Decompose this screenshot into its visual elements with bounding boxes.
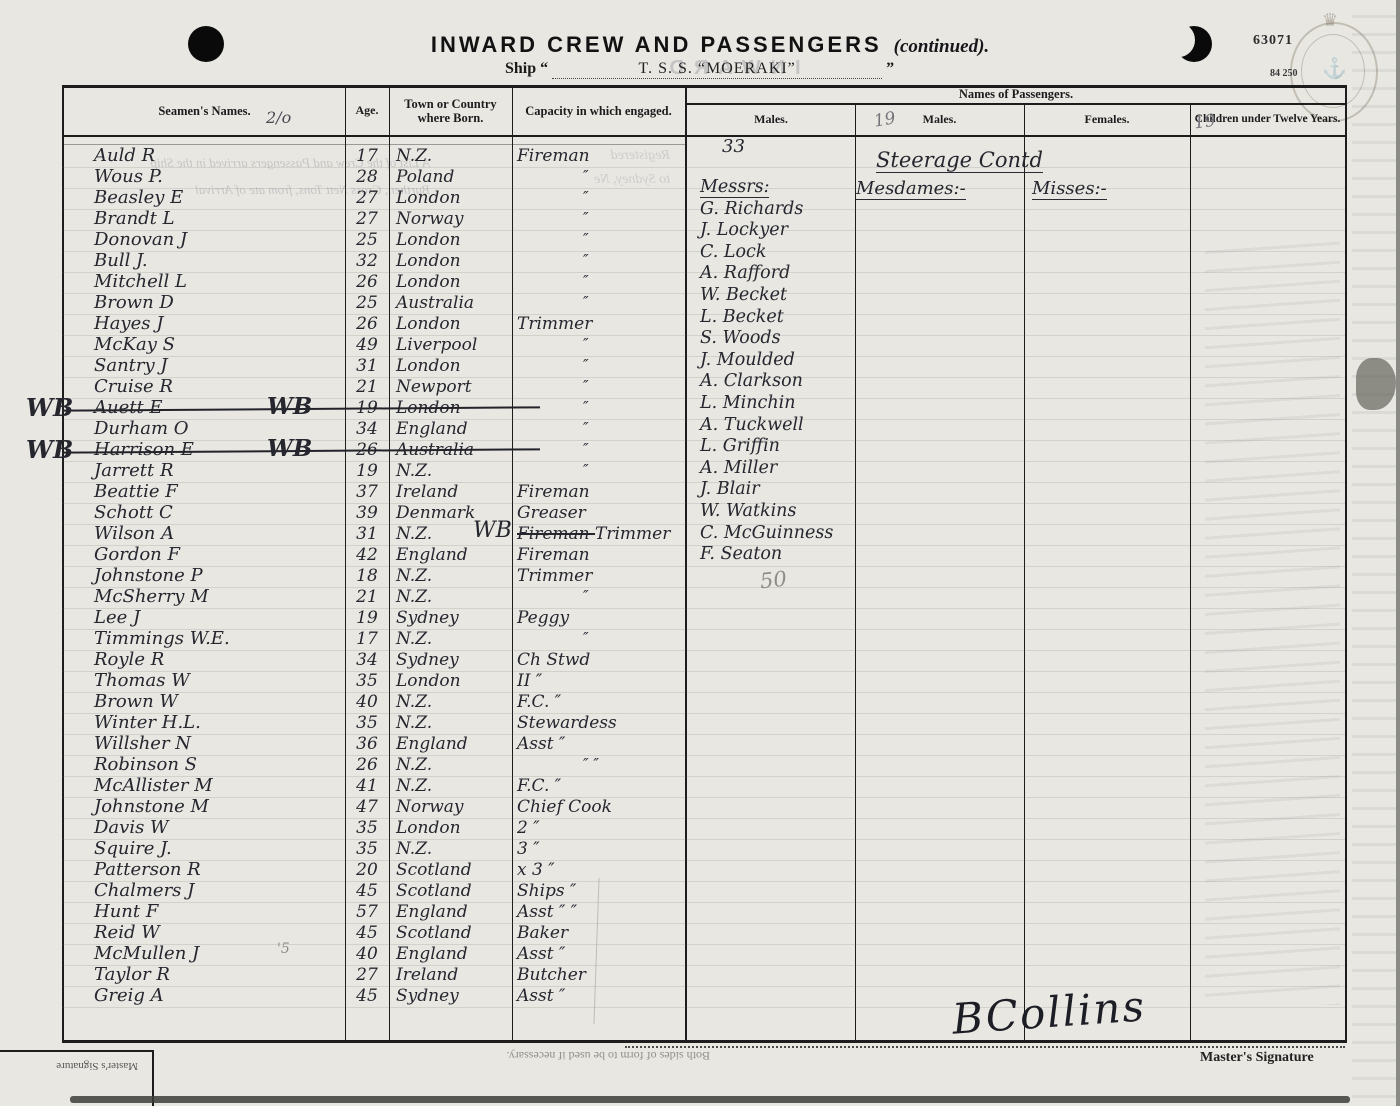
capacity-text: Chief Cook	[517, 797, 612, 817]
seaman-age: 35	[345, 818, 389, 838]
seaman-name: Beattie F	[94, 481, 178, 502]
seaman-age: 17	[345, 629, 389, 649]
seaman-age: 34	[345, 419, 389, 439]
seaman-capacity: Baker	[517, 923, 717, 943]
capacity-text: ″	[583, 419, 589, 437]
capacity-text: 2 ″	[517, 818, 540, 838]
seaman-capacity: Butcher	[517, 965, 717, 985]
seaman-age: 19	[345, 461, 389, 481]
cell-went-back-annotation: WB	[267, 435, 312, 462]
seaman-age: 32	[345, 251, 389, 271]
row-pencil-mark: '5	[277, 941, 290, 957]
seaman-name: Timmings W.E.	[94, 628, 230, 649]
flipped-form-note: Both sides of form to be used if necessa…	[380, 1048, 710, 1063]
seaman-town: London	[396, 188, 461, 208]
seaman-capacity: Asst ″ ″	[517, 902, 717, 922]
capacity-text: Greaser	[517, 503, 586, 523]
seaman-age: 35	[345, 713, 389, 733]
crown-icon: ♛	[1322, 10, 1338, 31]
capacity-text: F.C. ″	[517, 692, 561, 712]
anchor-icon: ⚓	[1322, 56, 1347, 81]
seaman-name: McKay S	[94, 334, 175, 355]
seaman-name: Robinson S	[94, 754, 197, 775]
capacity-text: ″	[583, 461, 589, 479]
seaman-name: Davis W	[94, 817, 169, 838]
table-row: Royle R34SydneyCh Stwd	[62, 651, 1345, 672]
seaman-age: 21	[345, 587, 389, 607]
cell-went-back-annotation: WB	[267, 393, 312, 420]
capacity-text: ″	[583, 230, 589, 248]
seaman-town: Scotland	[396, 881, 472, 901]
seaman-age: 26	[345, 755, 389, 775]
table-row: Brown W40N.Z.F.C. ″	[62, 693, 1345, 714]
males2-pencil-count: 19	[872, 108, 897, 131]
seaman-name: Brown D	[94, 292, 174, 313]
table-row: Johnstone M47NorwayChief Cook	[62, 798, 1345, 819]
seaman-age: 19	[345, 608, 389, 628]
page-title: INWARD CREW AND PASSENGERS	[431, 32, 882, 57]
table-row: McMullen J40EnglandAsst ″'5	[62, 945, 1345, 966]
seaman-town: Norway	[396, 797, 464, 817]
capacity-text: Asst ″	[517, 986, 565, 1006]
seaman-name: Hunt F	[94, 901, 158, 922]
capacity-text: Asst ″	[517, 734, 565, 754]
seaman-town: Sydney	[396, 650, 459, 670]
male-passenger-name: A. Rafford	[700, 263, 833, 285]
header-capacity: Capacity in which engaged.	[512, 87, 685, 135]
table-row: Davis W35London2 ″	[62, 819, 1345, 840]
capacity-text: Baker	[517, 923, 568, 943]
seaman-name: Brown W	[94, 691, 178, 712]
page-title-continued: (continued).	[894, 36, 990, 57]
seaman-age: 25	[345, 293, 389, 313]
seaman-name: Cruise R	[94, 376, 173, 397]
children-pencil-count: 19	[1193, 111, 1217, 134]
seaman-name: Wous P.	[94, 166, 163, 187]
seaman-age: 31	[345, 356, 389, 376]
ship-label: Ship	[505, 60, 536, 77]
seaman-age: 41	[345, 776, 389, 796]
male-passenger-name: S. Woods	[700, 328, 833, 350]
seaman-age: 37	[345, 482, 389, 502]
table-row: Lee J19SydneyPeggy	[62, 609, 1345, 630]
capacity-text: Stewardess	[517, 713, 617, 733]
seaman-capacity: F.C. ″	[517, 776, 717, 796]
ship-open-quote: “	[540, 60, 548, 77]
males-passenger-list: Messrs:G. RichardsJ. LockyerC. LockA. Ra…	[700, 177, 833, 566]
seaman-age: 27	[345, 188, 389, 208]
seaman-town: London	[396, 272, 461, 292]
seaman-name: Schott C	[94, 502, 173, 523]
male-passenger-name: G. Richards	[700, 199, 833, 221]
ship-name-field: T. S. S. “MOERAKI”	[552, 60, 882, 79]
table-row: Willsher N36EnglandAsst ″	[62, 735, 1345, 756]
stamp-number: 63071	[1253, 33, 1293, 49]
seaman-name: Beasley E	[94, 187, 183, 208]
seaman-capacity: Greaser	[517, 503, 717, 523]
seaman-town: England	[396, 419, 468, 439]
seaman-age: 35	[345, 839, 389, 859]
male-passenger-name: L. Becket	[700, 307, 833, 329]
seaman-age: 35	[345, 671, 389, 691]
corner-flipped-label: Master's Signature	[18, 1060, 138, 1072]
table-row: Squire J.35N.Z.3 ″	[62, 840, 1345, 861]
capacity-text: x 3 ″	[517, 860, 555, 880]
seaman-capacity: Stewardess	[517, 713, 717, 733]
seaman-name: Patterson R	[94, 859, 201, 880]
seaman-town: London	[396, 818, 461, 838]
seaman-name: Thomas W	[94, 670, 190, 691]
signature-label: Master's Signature	[1200, 1050, 1314, 1066]
margin-went-back-annotation: WB	[26, 393, 73, 422]
males1-count: 33	[722, 136, 745, 157]
seaman-name: Hayes J	[94, 313, 163, 334]
seaman-town: London	[396, 356, 461, 376]
punch-hole-right	[1176, 26, 1212, 62]
bleedthrough-column-texture	[1205, 235, 1340, 1005]
seaman-capacity: II ″	[517, 671, 717, 691]
capacity-text: ″	[583, 335, 589, 353]
seaman-town: Ireland	[396, 482, 458, 502]
table-row: Hunt F57EnglandAsst ″ ″	[62, 903, 1345, 924]
seaman-town: N.Z.	[396, 776, 432, 796]
seaman-capacity: Fireman	[517, 482, 717, 502]
seaman-name: Greig A	[94, 985, 164, 1006]
capacity-text: ″	[583, 587, 589, 605]
margin-went-back-annotation: WB	[26, 435, 73, 464]
punch-hole-left	[188, 26, 224, 62]
seaman-town: Ireland	[396, 965, 458, 985]
ship-close-quote: ”	[886, 60, 894, 77]
seaman-capacity: Ships ″	[517, 881, 717, 901]
table-row: McAllister M41N.Z.F.C. ″	[62, 777, 1345, 798]
seaman-capacity: WBFireman Trimmer	[517, 524, 717, 544]
seaman-name: McMullen J	[94, 943, 199, 964]
male-passenger-name: L. Griffin	[700, 436, 833, 458]
seaman-name: McSherry M	[94, 586, 209, 607]
seaman-town: N.Z.	[396, 146, 432, 166]
table-row: Greig A45SydneyAsst ″	[62, 987, 1345, 1008]
seaman-name: Reid W	[94, 922, 160, 943]
seaman-age: 21	[345, 377, 389, 397]
right-edge-line	[1396, 0, 1400, 1106]
seaman-town: England	[396, 545, 468, 565]
form-number: 84 250	[1270, 68, 1298, 79]
table-row: Johnstone P18N.Z.Trimmer	[62, 567, 1345, 588]
seaman-town: Scotland	[396, 860, 472, 880]
seaman-name: Bull J.	[94, 250, 148, 271]
seaman-name: Harrison E	[94, 439, 194, 460]
seaman-name: Mitchell L	[94, 271, 187, 292]
male-passenger-name: J. Blair	[700, 479, 833, 501]
seaman-age: 25	[345, 230, 389, 250]
header-males1: Males.	[687, 105, 855, 135]
seaman-town: England	[396, 734, 468, 754]
seaman-capacity: Asst ″	[517, 986, 717, 1006]
seaman-capacity: ″	[517, 587, 783, 605]
male-passenger-name: L. Minchin	[700, 393, 833, 415]
male-passenger-name: A. Miller	[700, 458, 833, 480]
seaman-town: London	[396, 314, 461, 334]
steerage-note: Steerage Contd	[876, 148, 1043, 173]
header-town: Town or Country where Born.	[389, 87, 512, 135]
seaman-age: 31	[345, 524, 389, 544]
seaman-capacity: Fireman	[517, 545, 717, 565]
seaman-age: 57	[345, 902, 389, 922]
seaman-town: N.Z.	[396, 692, 432, 712]
capacity-text: Trimmer	[517, 314, 592, 334]
seaman-capacity: x 3 ″	[517, 860, 717, 880]
seaman-town: Norway	[396, 209, 464, 229]
seaman-age: 40	[345, 692, 389, 712]
header-bottom-line	[62, 135, 1347, 137]
seaman-capacity: 2 ″	[517, 818, 717, 838]
seaman-town: N.Z.	[396, 713, 432, 733]
capacity-text: F.C. ″	[517, 776, 561, 796]
seaman-age: 45	[345, 986, 389, 1006]
capacity-text: ″	[583, 629, 589, 647]
header-pencil-mark: 2/o	[266, 108, 291, 127]
seaman-name: Lee J	[94, 607, 140, 628]
male-passenger-name: W. Watkins	[700, 501, 833, 523]
capacity-text: ″	[583, 398, 589, 416]
table-row: Winter H.L.35N.Z.Stewardess	[62, 714, 1345, 735]
seaman-capacity: Asst ″	[517, 734, 717, 754]
grid-vline-right	[1345, 85, 1347, 1043]
seaman-town: N.Z.	[396, 587, 432, 607]
capacity-text: Trimmer	[595, 524, 670, 544]
pencil-total: 50	[759, 567, 788, 594]
capacity-text: ″	[583, 356, 589, 374]
page-title-block: INWARD CREW AND PASSENGERS (continued).	[430, 32, 990, 58]
capacity-text: Fireman	[517, 146, 590, 166]
males-list-heading: Messrs:	[700, 177, 833, 199]
male-passenger-name: A. Tuckwell	[700, 415, 833, 437]
seaman-name: Willsher N	[94, 733, 191, 754]
seaman-name: Auld R	[94, 145, 155, 166]
male-passenger-name: W. Becket	[700, 285, 833, 307]
capacity-text: Asst ″ ″	[517, 902, 577, 922]
table-row: Reid W45ScotlandBaker	[62, 924, 1345, 945]
seaman-capacity: Asst ″	[517, 944, 717, 964]
male-passenger-name: F. Seaton	[700, 544, 833, 566]
male-passenger-name: J. Lockyer	[700, 220, 833, 242]
seaman-name: Taylor R	[94, 964, 170, 985]
seaman-town: Sydney	[396, 608, 459, 628]
seaman-name: Wilson A	[94, 523, 174, 544]
seaman-age: 17	[345, 146, 389, 166]
seaman-town: Scotland	[396, 923, 472, 943]
scanned-manifest-page: ♛ ⚓ 63071 84 250 INWARD CREW AND PASSENG…	[0, 0, 1400, 1106]
seaman-age: 20	[345, 860, 389, 880]
seaman-age: 26	[345, 272, 389, 292]
seaman-age: 45	[345, 881, 389, 901]
capacity-text: Peggy	[517, 608, 569, 628]
capacity-text: Trimmer	[517, 566, 592, 586]
seaman-name: Chalmers J	[94, 880, 194, 901]
seaman-capacity: Ch Stwd	[517, 650, 717, 670]
table-row: Robinson S26N.Z.″ ″	[62, 756, 1345, 777]
seaman-capacity: Peggy	[517, 608, 717, 628]
header-faint-line	[62, 144, 685, 145]
seaman-town: England	[396, 902, 468, 922]
seaman-town: Poland	[396, 167, 454, 187]
went-back-annotation: WB	[473, 518, 512, 543]
seaman-age: 36	[345, 734, 389, 754]
seaman-name: Jarrett R	[94, 460, 174, 481]
seaman-town: Newport	[396, 377, 472, 397]
seaman-age: 27	[345, 209, 389, 229]
capacity-text: ″	[583, 251, 589, 269]
table-row: Thomas W35LondonII ″	[62, 672, 1345, 693]
seaman-name: Squire J.	[94, 838, 172, 859]
mesdames-heading: Mesdames:-	[856, 178, 966, 200]
seaman-name: Royle R	[94, 649, 164, 670]
seaman-name: Donovan J	[94, 229, 187, 250]
seaman-age: 42	[345, 545, 389, 565]
seaman-capacity: 3 ″	[517, 839, 717, 859]
seaman-age: 40	[345, 944, 389, 964]
seaman-age: 26	[345, 314, 389, 334]
seaman-town: Liverpool	[396, 335, 477, 355]
header-females: Females.	[1024, 105, 1190, 135]
male-passenger-name: J. Moulded	[700, 350, 833, 372]
seaman-capacity: F.C. ″	[517, 692, 717, 712]
seaman-name: Brandt L	[94, 208, 175, 229]
capacity-text: ″	[583, 188, 589, 206]
seaman-name: Winter H.L.	[94, 712, 201, 733]
capacity-text: ″	[583, 209, 589, 227]
seaman-town: N.Z.	[396, 839, 432, 859]
seaman-name: Johnstone P	[94, 565, 203, 586]
right-margin-strip	[1352, 0, 1400, 1106]
table-row: Chalmers J45ScotlandShips ″	[62, 882, 1345, 903]
table-row: Auld R17N.Z.Fireman	[62, 147, 1345, 168]
seaman-town: Sydney	[396, 986, 459, 1006]
seaman-capacity: Trimmer	[517, 566, 717, 586]
seaman-town: Denmark	[396, 503, 475, 523]
ship-line: Ship “ T. S. S. “MOERAKI” ”	[505, 60, 894, 79]
seaman-name: Auett E	[94, 397, 163, 418]
seaman-age: 39	[345, 503, 389, 523]
row-rule-line	[62, 1007, 1345, 1008]
capacity-text: ″ ″	[583, 755, 599, 773]
seaman-name: McAllister M	[94, 775, 213, 796]
seaman-town: N.Z.	[396, 629, 432, 649]
seaman-name: Gordon F	[94, 544, 180, 565]
seaman-age: 28	[345, 167, 389, 187]
capacity-text: ″	[583, 293, 589, 311]
seaman-age: 47	[345, 797, 389, 817]
capacity-text: Fireman	[517, 482, 590, 502]
header-passengers-group: Names of Passengers.	[687, 86, 1345, 103]
table-row: Taylor R27IrelandButcher	[62, 966, 1345, 987]
seaman-town: London	[396, 251, 461, 271]
seaman-capacity: Fireman	[517, 146, 717, 166]
ship-name: T. S. S. “MOERAKI”	[639, 60, 796, 77]
capacity-text: ″	[583, 167, 589, 185]
seaman-age: 18	[345, 566, 389, 586]
seaman-age: 34	[345, 650, 389, 670]
capacity-text: Asst ″	[517, 944, 565, 964]
seaman-age: 49	[345, 335, 389, 355]
seaman-town: N.Z.	[396, 755, 432, 775]
capacity-text: ″	[583, 377, 589, 395]
capacity-text: ″	[583, 440, 589, 458]
corner-box-top-line	[0, 1050, 152, 1052]
table-row: Patterson R20Scotlandx 3 ″	[62, 861, 1345, 882]
misses-heading: Misses:-	[1032, 178, 1107, 200]
capacity-text: ″	[583, 272, 589, 290]
male-passenger-name: C. Lock	[700, 242, 833, 264]
seaman-town: N.Z.	[396, 566, 432, 586]
scan-bottom-edge	[70, 1096, 1350, 1103]
table-row: Timmings W.E.17N.Z.″	[62, 630, 1345, 651]
table-row: McSherry M21N.Z.″	[62, 588, 1345, 609]
seaman-name: Johnstone M	[94, 796, 209, 817]
capacity-text: Ch Stwd	[517, 650, 590, 670]
header-seamen-names: Seamen's Names.	[64, 87, 345, 135]
male-passenger-name: A. Clarkson	[700, 371, 833, 393]
seaman-name: Durham O	[94, 418, 189, 439]
capacity-text: II ″	[517, 671, 542, 691]
seaman-town: London	[396, 671, 461, 691]
seaman-name: Santry J	[94, 355, 168, 376]
male-passenger-name: C. McGuinness	[700, 523, 833, 545]
capacity-struck-text: Fireman	[517, 524, 595, 544]
seaman-town: N.Z.	[396, 524, 432, 544]
seaman-capacity: Chief Cook	[517, 797, 717, 817]
header-age: Age.	[345, 87, 389, 135]
capacity-text: Fireman	[517, 545, 590, 565]
capacity-text: 3 ″	[517, 839, 540, 859]
capacity-text: Butcher	[517, 965, 586, 985]
seaman-town: N.Z.	[396, 461, 432, 481]
seaman-age: 45	[345, 923, 389, 943]
seaman-capacity: ″	[517, 629, 783, 647]
seaman-town: London	[396, 230, 461, 250]
seaman-town: Australia	[396, 293, 474, 313]
seaman-capacity: Trimmer	[517, 314, 717, 334]
capacity-text: Ships ″	[517, 881, 576, 901]
seaman-capacity: ″ ″	[517, 755, 783, 773]
seaman-age: 27	[345, 965, 389, 985]
seaman-town: England	[396, 944, 468, 964]
